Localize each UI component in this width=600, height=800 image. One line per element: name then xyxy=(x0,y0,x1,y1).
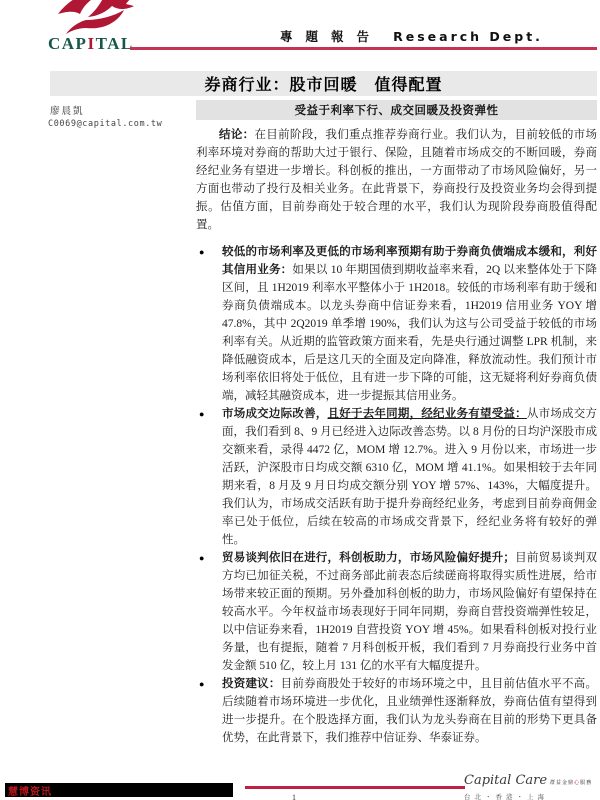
report-page: { "header": { "logo_text_left": "CAP", "… xyxy=(0,0,600,800)
key-points-list: ●较低的市场利率及更低的市场利率预期有助于券商负债端成本缓和，利好其信用业务：如… xyxy=(196,243,597,747)
report-type-header: 專題報告 Research Dept. xyxy=(280,26,600,45)
bullet-lead: 贸易谈判依旧在进行，科创板助力，市场风险偏好提升； xyxy=(222,552,515,564)
author-name: 廖晨凱 xyxy=(50,103,85,117)
office-locations: 台北・香港・上海 xyxy=(464,792,597,800)
bullet-rates-credit: ●较低的市场利率及更低的市场利率预期有助于券商负债端成本缓和，利好其信用业务：如… xyxy=(196,243,597,405)
bullet-lead: 投资建议： xyxy=(222,678,281,690)
watermark-text: 慧博资讯 xyxy=(5,783,52,797)
bullet-body: 目前贸易谈判双方均已加征关税，不过商务部此前表态后续磋商将取得实质性进展，给市场… xyxy=(222,552,597,672)
bullet-icon: ● xyxy=(199,405,204,423)
logo-red-i: I xyxy=(87,34,95,53)
bullet-investment-advice: ●投资建议：目前券商股处于较好的市场环境之中，且目前估值水平不高。后续随着市场环… xyxy=(196,675,597,747)
report-type-zh: 專題報告 xyxy=(280,29,382,44)
header-rule xyxy=(130,47,597,50)
footer-rule xyxy=(245,786,465,789)
capital-care-brand: Capital Care群益金鼎心服務 台北・香港・上海 xyxy=(464,771,597,800)
bullet-icon: ● xyxy=(199,549,204,567)
bullet-icon: ● xyxy=(199,243,204,261)
author-email-link[interactable]: C0069@capital.com.tw xyxy=(48,119,162,129)
logo-wordmark: CAPITAL xyxy=(48,34,134,54)
conclusion-text: 在目前阶段，我们重点推荐券商行业。我们认为，目前较低的市场利率环境对券商的帮助大… xyxy=(196,129,597,231)
bullet-icon: ● xyxy=(199,675,204,693)
bullet-body: 从市场成交方面，我们看到 8、9 月已经进入边际改善态势。以 8 月份的日均沪深… xyxy=(222,408,597,546)
page-title: 券商行业：股市回暖 值得配置 xyxy=(50,71,597,96)
bullet-lead: 市场成交边际改善， xyxy=(222,408,328,420)
page-number: 1 xyxy=(292,793,296,800)
eagle-logo-icon xyxy=(56,0,148,36)
bullet-turnover-brokerage: ●市场成交边际改善，且好于去年同期，经纪业务有望受益：从市场成交方面，我们看到 … xyxy=(196,405,597,549)
bullet-risk-appetite: ●贸易谈判依旧在进行，科创板助力，市场风险偏好提升；目前贸易谈判双方均已加征关税… xyxy=(196,549,597,675)
report-body: 结论：在目前阶段，我们重点推荐券商行业。我们认为，目前较低的市场利率环境对券商的… xyxy=(196,126,597,747)
watermark-bar: 慧博资讯 xyxy=(5,783,233,797)
conclusion-paragraph: 结论：在目前阶段，我们重点推荐券商行业。我们认为，目前较低的市场利率环境对券商的… xyxy=(196,126,597,234)
bullet-body: 如果以 10 年期国债到期收益率来看，2Q 以来整体处于下降区间，且 1H201… xyxy=(222,264,597,402)
report-subtitle: 受益于利率下行、成交回暖及投资弹性 xyxy=(196,100,597,120)
bullet-lead-underline: 且好于去年同期，经纪业务有望受益： xyxy=(328,408,527,420)
report-type-en: Research Dept. xyxy=(393,29,543,44)
capital-care-script: Capital Care xyxy=(464,773,547,788)
brand-tagline: 群益金鼎心服務 xyxy=(550,780,592,786)
conclusion-label: 结论： xyxy=(219,129,254,141)
